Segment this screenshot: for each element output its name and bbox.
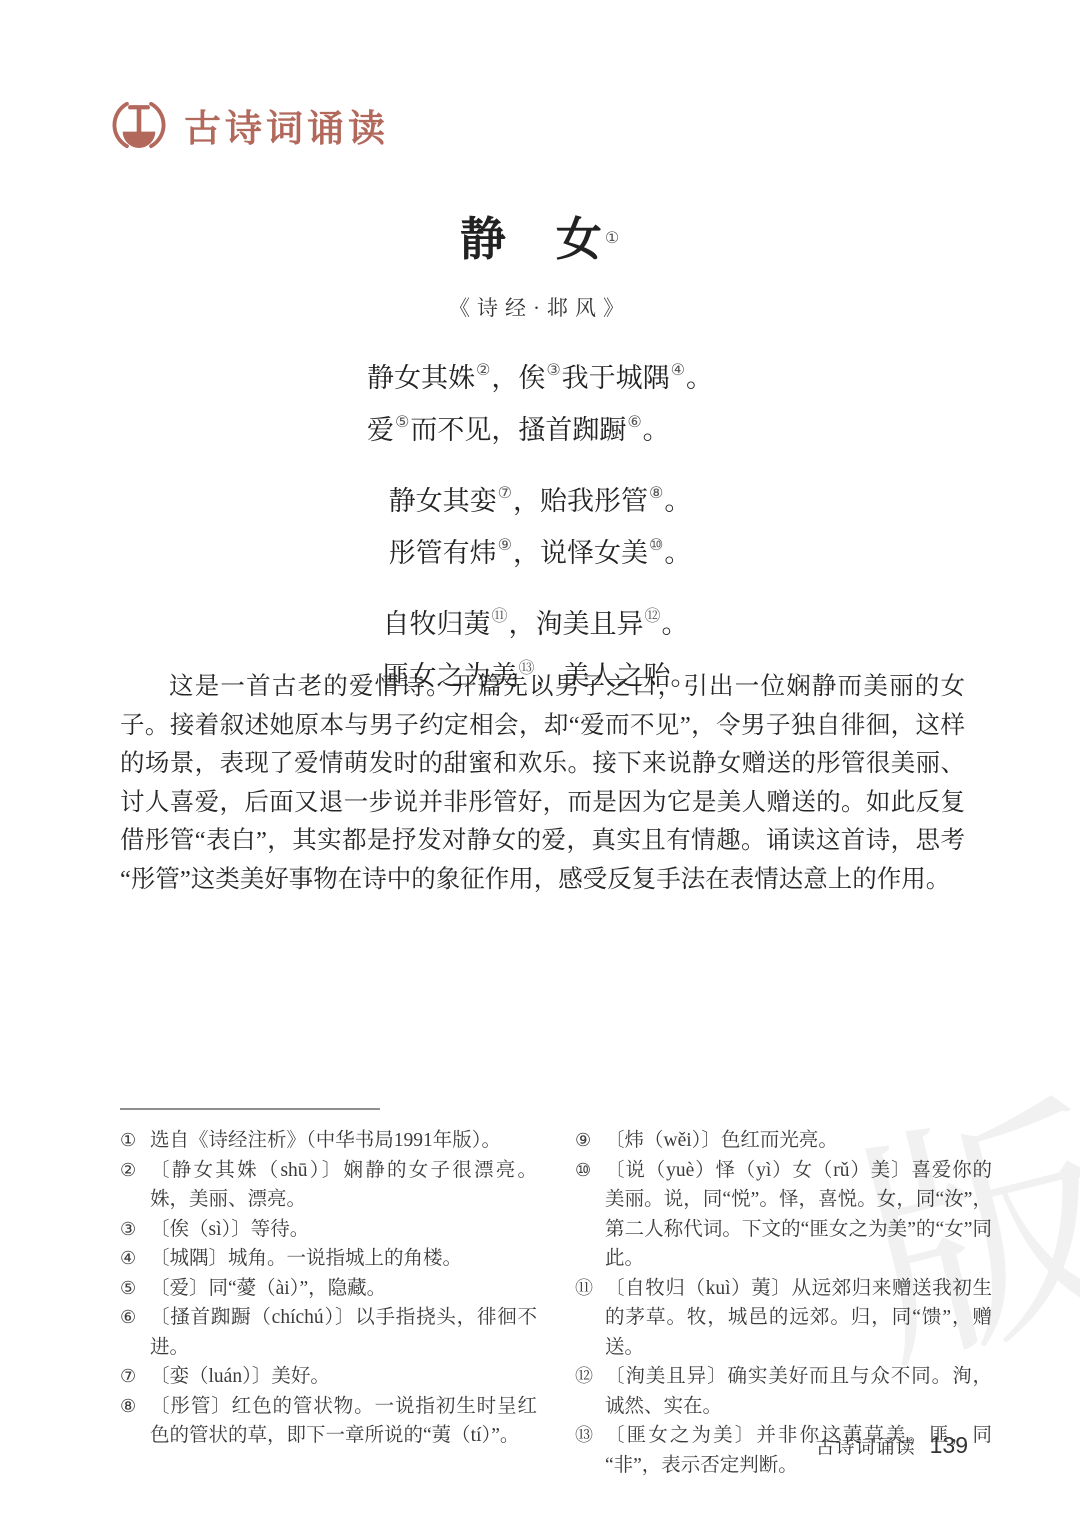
section-seal-icon xyxy=(110,96,168,154)
footnote-ref: ⑧ xyxy=(649,483,663,502)
poem-body: 静女其姝②，俟③我于城隅④。爱⑤而不见，搔首踟蹰⑥。静女其娈⑦，贻我彤管⑧。彤管… xyxy=(0,348,1080,717)
footnote-number: ⑬ xyxy=(575,1421,605,1451)
section-header: 古诗词诵读 xyxy=(110,96,389,154)
poem-line: 静女其姝②，俟③我于城隅④。 xyxy=(367,348,713,400)
poem-title-block: 静 女① xyxy=(0,203,1080,269)
poem-title: 静 女 xyxy=(460,214,604,265)
poem-text: 我于城隅 xyxy=(562,363,670,393)
footnote-number: ⑪ xyxy=(575,1274,605,1304)
poem-text: 静女其娈 xyxy=(389,486,497,516)
poem-text: 爱 xyxy=(367,415,394,445)
poem-text: ，洵美且异 xyxy=(509,609,644,639)
footnote-number: ④ xyxy=(120,1244,150,1274)
footnote-ref: ⑤ xyxy=(395,412,409,431)
page-number: 139 xyxy=(930,1432,968,1459)
page-footer: 古诗词诵读 139 xyxy=(816,1432,968,1459)
footnote-text: 选自《诗经注析》（中华书局1991年版）。 xyxy=(150,1126,537,1156)
footnote-item: ②〔静女其姝（shū）〕娴静的女子很漂亮。姝，美丽、漂亮。 xyxy=(120,1156,537,1215)
footnote-text: 〔说（yuè）怿（yì）女（rǔ）美〕喜爱你的美丽。说，同“悦”。怿，喜悦。女，… xyxy=(605,1156,992,1274)
poem-stanza: 静女其姝②，俟③我于城隅④。爱⑤而不见，搔首踟蹰⑥。 xyxy=(367,348,713,452)
footnote-text: 〔城隅〕城角。一说指城上的角楼。 xyxy=(150,1244,537,1274)
footnote-number: ② xyxy=(120,1156,150,1186)
footer-section-label: 古诗词诵读 xyxy=(816,1432,916,1459)
footnote-text: 〔自牧归（kuì）荑〕从远郊归来赠送我初生的茅草。牧，城邑的远郊。归，同“馈”，… xyxy=(605,1274,992,1363)
footnote-ref: ⑪ xyxy=(491,606,507,625)
footnote-text: 〔娈（luán）〕美好。 xyxy=(150,1362,537,1392)
footnote-ref: ② xyxy=(476,360,490,379)
footnote-ref: ③ xyxy=(546,360,560,379)
footnote-divider xyxy=(120,1108,380,1110)
poem-stanza: 静女其娈⑦，贻我彤管⑧。彤管有炜⑨，说怿女美⑩。 xyxy=(389,471,692,575)
footnote-item: ④〔城隅〕城角。一说指城上的角楼。 xyxy=(120,1244,537,1274)
poem-line: 静女其娈⑦，贻我彤管⑧。 xyxy=(389,471,692,523)
footnote-text: 〔炜（wěi）〕色红而光亮。 xyxy=(605,1126,992,1156)
footnote-item: ⑧〔彤管〕红色的管状物。一说指初生时呈红色的管状的草，即下一章所说的“荑（tí）… xyxy=(120,1392,537,1451)
poem-text: ，俟 xyxy=(491,363,545,393)
poem-text: 。 xyxy=(664,486,691,516)
footnote-number: ⑥ xyxy=(120,1303,150,1333)
footnote-item: ⑤〔爱〕同“薆（ài）”，隐藏。 xyxy=(120,1274,537,1304)
footnote-item: ⑫〔洵美且异〕确实美好而且与众不同。洵，诚然、实在。 xyxy=(575,1362,992,1421)
footnote-number: ① xyxy=(120,1126,150,1156)
footnote-item: ⑩〔说（yuè）怿（yì）女（rǔ）美〕喜爱你的美丽。说，同“悦”。怿，喜悦。女… xyxy=(575,1156,992,1274)
textbook-page: 古诗词诵读 静 女① 《诗经·邶风》 静女其姝②，俟③我于城隅④。爱⑤而不见，搔… xyxy=(0,0,1080,1527)
poem-text: 自牧归荑 xyxy=(382,609,490,639)
footnote-item: ③〔俟（sì）〕等待。 xyxy=(120,1215,537,1245)
footnote-ref: ⑦ xyxy=(498,483,512,502)
poem-line: 彤管有炜⑨，说怿女美⑩。 xyxy=(389,523,692,575)
footnote-number: ⑤ xyxy=(120,1274,150,1304)
poem-source: 《诗经·邶风》 xyxy=(0,292,1080,322)
footnote-text: 〔静女其姝（shū）〕娴静的女子很漂亮。姝，美丽、漂亮。 xyxy=(150,1156,537,1215)
poem-text: 而不见，搔首踟蹰 xyxy=(410,415,626,445)
footnote-number: ⑧ xyxy=(120,1392,150,1422)
footnote-ref: ⑥ xyxy=(627,412,641,431)
poem-text: 静女其姝 xyxy=(367,363,475,393)
footnote-item: ①选自《诗经注析》（中华书局1991年版）。 xyxy=(120,1126,537,1156)
footnote-ref: ① xyxy=(605,228,619,247)
footnote-text: 〔俟（sì）〕等待。 xyxy=(150,1215,537,1245)
footnote-item: ⑨〔炜（wěi）〕色红而光亮。 xyxy=(575,1126,992,1156)
footnote-text: 〔爱〕同“薆（ài）”，隐藏。 xyxy=(150,1274,537,1304)
footnote-text: 〔搔首踟蹰（chíchú）〕以手指挠头，徘徊不进。 xyxy=(150,1303,537,1362)
poem-text: 彤管有炜 xyxy=(389,538,497,568)
footnotes-section: ①选自《诗经注析》（中华书局1991年版）。②〔静女其姝（shū）〕娴静的女子很… xyxy=(120,1108,992,1480)
footnote-ref: ④ xyxy=(671,360,685,379)
footnotes-col-left: ①选自《诗经注析》（中华书局1991年版）。②〔静女其姝（shū）〕娴静的女子很… xyxy=(120,1126,537,1480)
section-title: 古诗词诵读 xyxy=(184,98,389,152)
poem-line: 自牧归荑⑪，洵美且异⑫。 xyxy=(382,594,697,646)
footnote-number: ⑩ xyxy=(575,1156,605,1186)
footnote-ref: ⑫ xyxy=(645,606,661,625)
footnote-columns: ①选自《诗经注析》（中华书局1991年版）。②〔静女其姝（shū）〕娴静的女子很… xyxy=(120,1126,992,1480)
footnote-number: ⑦ xyxy=(120,1362,150,1392)
footnote-item: ⑦〔娈（luán）〕美好。 xyxy=(120,1362,537,1392)
footnote-ref: ⑨ xyxy=(498,535,512,554)
footnote-text: 〔洵美且异〕确实美好而且与众不同。洵，诚然、实在。 xyxy=(605,1362,992,1421)
footnote-item: ⑪〔自牧归（kuì）荑〕从远郊归来赠送我初生的茅草。牧，城邑的远郊。归，同“馈”… xyxy=(575,1274,992,1363)
poem-text: 。 xyxy=(662,609,689,639)
footnote-ref: ⑩ xyxy=(649,535,663,554)
poem-text: ，说怿女美 xyxy=(513,538,648,568)
poem-line: 爱⑤而不见，搔首踟蹰⑥。 xyxy=(367,400,713,452)
footnote-item: ⑥〔搔首踟蹰（chíchú）〕以手指挠头，徘徊不进。 xyxy=(120,1303,537,1362)
poem-text: 。 xyxy=(643,415,670,445)
poem-text: 。 xyxy=(664,538,691,568)
poem-text: ，贻我彤管 xyxy=(513,486,648,516)
poem-text: 。 xyxy=(686,363,713,393)
commentary-paragraph: 这是一首古老的爱情诗。开篇先以男子之口，引出一位娴静而美丽的女子。接着叙述她原本… xyxy=(120,668,965,900)
footnote-number: ⑨ xyxy=(575,1126,605,1156)
footnotes-col-right: ⑨〔炜（wěi）〕色红而光亮。⑩〔说（yuè）怿（yì）女（rǔ）美〕喜爱你的美… xyxy=(575,1126,992,1480)
footnote-number: ⑫ xyxy=(575,1362,605,1392)
footnote-text: 〔彤管〕红色的管状物。一说指初生时呈红色的管状的草，即下一章所说的“荑（tí）”… xyxy=(150,1392,537,1451)
footnote-number: ③ xyxy=(120,1215,150,1245)
